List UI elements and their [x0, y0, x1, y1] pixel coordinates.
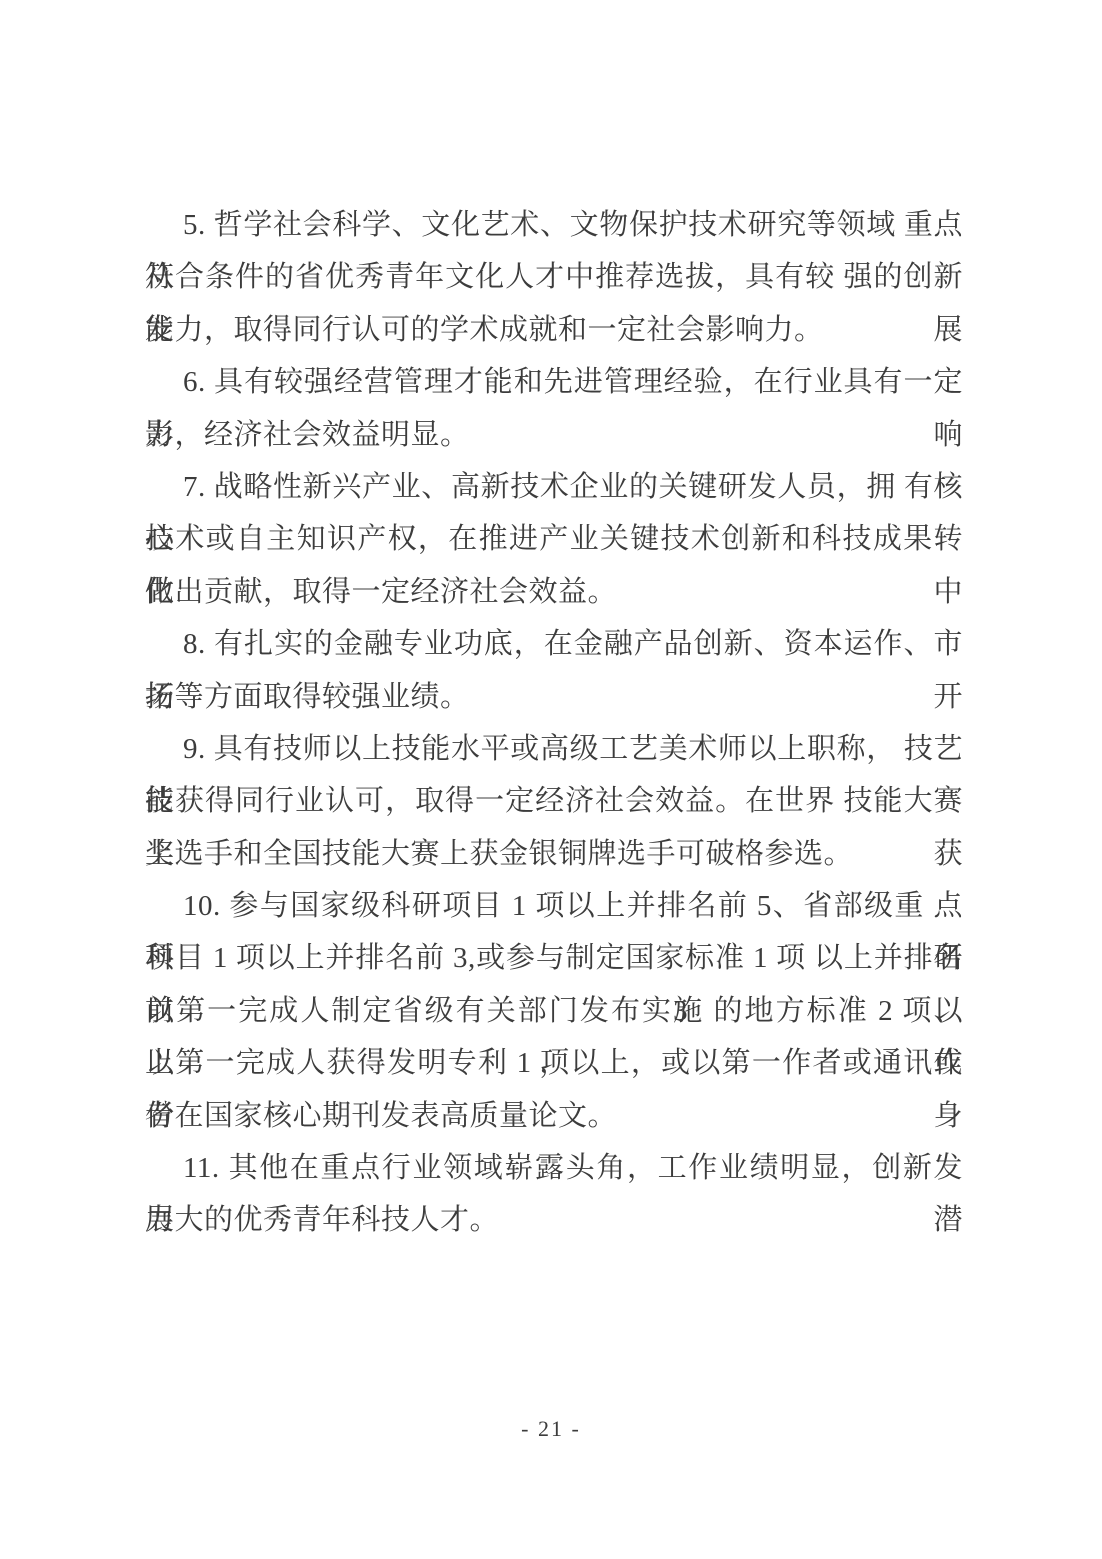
- paragraph-line: 6. 具有较强经营管理才能和先进管理经验，在行业具有一定影响: [145, 356, 963, 408]
- paragraph-line: 8. 有扎实的金融专业功底，在金融产品创新、资本运作、市场开: [145, 618, 963, 670]
- paragraph-line: 5. 哲学社会科学、文化艺术、文物保护技术研究等领域 重点从: [145, 199, 963, 251]
- paragraph-line: 项目 1 项以上并排名前 3,或参与制定国家标准 1 项 以上并排名前 3、: [145, 932, 963, 984]
- paragraph-line: 符合条件的省优秀青年文化人才中推荐选拔，具有较 强的创新发展: [145, 251, 963, 303]
- document-body: 5. 哲学社会科学、文化艺术、文物保护技术研究等领域 重点从符合条件的省优秀青年…: [145, 199, 963, 1247]
- paragraph-line: 以第一完成人获得发明专利 1 项以上，或以第一作者或通讯作者身: [145, 1037, 963, 1089]
- page-number: - 21 -: [0, 1416, 1102, 1442]
- paragraph-line: 以第一完成人制定省级有关部门发布实施 的地方标准 2 项以上，或: [145, 985, 963, 1037]
- paragraph-line: 11. 其他在重点行业领域崭露头角，工作业绩明显，创新发展潜: [145, 1142, 963, 1194]
- paragraph-line: 7. 战略性新兴产业、高新技术企业的关键研发人员，拥 有核心: [145, 461, 963, 513]
- paragraph-line: 技术或自主知识产权，在推进产业关键技术创新和科技成果转化中: [145, 513, 963, 565]
- paragraph-line: 奖选手和全国技能大赛上获金银铜牌选手可破格参选。: [145, 828, 963, 880]
- paragraph-line: 能获得同行业认可，取得一定经济社会效益。在世界 技能大赛上获: [145, 775, 963, 827]
- paragraph-line: 10. 参与国家级科研项目 1 项以上并排名前 5、省部级重 点科研: [145, 880, 963, 932]
- document-page: 5. 哲学社会科学、文化艺术、文物保护技术研究等领域 重点从符合条件的省优秀青年…: [0, 0, 1102, 1559]
- paragraph-line: 9. 具有技师以上技能水平或高级工艺美术师以上职称， 技艺技: [145, 723, 963, 775]
